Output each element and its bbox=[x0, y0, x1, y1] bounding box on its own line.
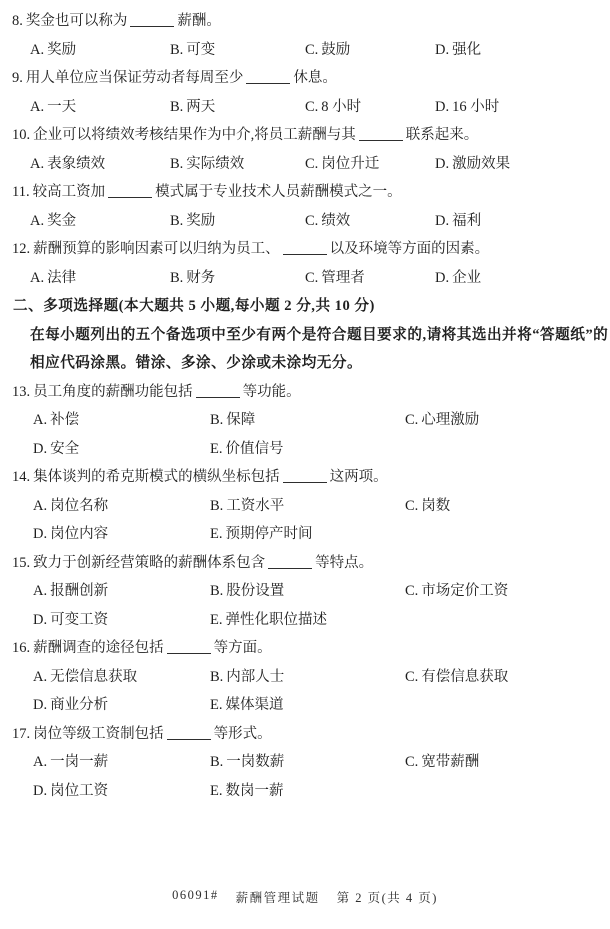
question-8-option-D: D.强化 bbox=[435, 36, 481, 65]
stem-text: 企业可以将绩效考核结果作为中介,将员工薪酬与其 bbox=[33, 127, 356, 143]
stem-text: 以及环境等方面的因素。 bbox=[330, 241, 490, 257]
option-label: A. bbox=[30, 42, 44, 58]
option-label: C. bbox=[305, 42, 318, 58]
option-text: 岗位升迁 bbox=[321, 156, 379, 172]
option-label: A. bbox=[33, 412, 47, 428]
question-9-stem: 9.用人单位应当保证劳动者每周至少休息。 bbox=[0, 64, 610, 93]
option-text: 激励效果 bbox=[452, 156, 510, 172]
question-number: 16. bbox=[12, 640, 30, 656]
stem-text: 等特点。 bbox=[315, 555, 373, 571]
question-8-option-A: A.奖励 bbox=[30, 36, 76, 65]
question-16-option-E: E.媒体渠道 bbox=[210, 691, 283, 720]
question-number: 9. bbox=[12, 70, 23, 86]
option-label: A. bbox=[33, 669, 47, 685]
page-indicator: 第 2 页(共 4 页) bbox=[337, 888, 438, 906]
question-11-option-D: D.福利 bbox=[435, 207, 481, 236]
option-label: B. bbox=[170, 99, 183, 115]
option-text: 商业分析 bbox=[50, 697, 108, 713]
question-13-options-row: A.补偿B.保障C.心理激励 bbox=[0, 406, 610, 435]
option-text: 强化 bbox=[452, 42, 481, 58]
option-text: 心理激励 bbox=[421, 412, 479, 428]
option-text: 数岗一薪 bbox=[225, 783, 283, 799]
question-8-options-row: A.奖励B.可变C.鼓励D.强化 bbox=[0, 36, 610, 65]
question-9-option-C: C.8 小时 bbox=[305, 93, 361, 122]
option-label: B. bbox=[210, 669, 223, 685]
question-10-option-B: B.实际绩效 bbox=[170, 150, 244, 179]
option-text: 内部人士 bbox=[226, 669, 284, 685]
option-label: A. bbox=[30, 270, 44, 286]
section-two-heading: 二、多项选择题(本大题共 5 小题,每小题 2 分,共 10 分) bbox=[0, 292, 610, 321]
option-text: 16 小时 bbox=[452, 99, 499, 115]
stem-text: 员工角度的薪酬功能包括 bbox=[33, 384, 193, 400]
question-9-option-D: D.16 小时 bbox=[435, 93, 499, 122]
question-8-option-B: B.可变 bbox=[170, 36, 215, 65]
exam-content: 8.奖金也可以称为薪酬。A.奖励B.可变C.鼓励D.强化9.用人单位应当保证劳动… bbox=[0, 7, 610, 805]
stem-text: 集体谈判的希克斯模式的横纵坐标包括 bbox=[33, 469, 280, 485]
question-16-stem: 16.薪酬调查的途径包括等方面。 bbox=[0, 634, 610, 663]
option-text: 工资水平 bbox=[226, 498, 284, 514]
option-text: 福利 bbox=[452, 213, 481, 229]
question-17-option-B: B.一岗数薪 bbox=[210, 748, 284, 777]
question-17-option-A: A.一岗一薪 bbox=[33, 748, 108, 777]
option-text: 财务 bbox=[186, 270, 215, 286]
option-text: 实际绩效 bbox=[186, 156, 244, 172]
question-8-option-C: C.鼓励 bbox=[305, 36, 350, 65]
question-14-options-row: A.岗位名称B.工资水平C.岗数 bbox=[0, 492, 610, 521]
question-11-option-C: C.绩效 bbox=[305, 207, 350, 236]
question-11-stem: 11.较高工资加模式属于专业技术人员薪酬模式之一。 bbox=[0, 178, 610, 207]
option-text: 报酬创新 bbox=[50, 583, 108, 599]
question-12: 12.薪酬预算的影响因素可以归纳为员工、以及环境等方面的因素。A.法律B.财务C… bbox=[0, 235, 610, 292]
question-10-options-row: A.表象绩效B.实际绩效C.岗位升迁D.激励效果 bbox=[0, 150, 610, 179]
stem-text: 休息。 bbox=[293, 70, 337, 86]
option-label: D. bbox=[435, 99, 449, 115]
option-label: A. bbox=[30, 99, 44, 115]
page-footer: 06091# 薪酬管理试题 第 2 页(共 4 页) bbox=[0, 888, 610, 906]
question-14-options-row: D.岗位内容E.预期停产时间 bbox=[0, 520, 610, 549]
option-label: C. bbox=[305, 270, 318, 286]
question-15-options-row: D.可变工资E.弹性化职位描述 bbox=[0, 606, 610, 635]
stem-text: 等方面。 bbox=[214, 640, 272, 656]
question-14-option-A: A.岗位名称 bbox=[33, 492, 108, 521]
section-two-instruction-line-1: 在每小题列出的五个备选项中至少有两个是符合题目要求的,请将其选出并将“答题纸”的 bbox=[0, 321, 610, 350]
question-15-option-E: E.弹性化职位描述 bbox=[210, 606, 327, 635]
question-13: 13.员工角度的薪酬功能包括等功能。A.补偿B.保障C.心理激励D.安全E.价值… bbox=[0, 378, 610, 464]
stem-text: 奖金也可以称为 bbox=[26, 13, 128, 29]
option-text: 岗位名称 bbox=[50, 498, 108, 514]
question-15-option-A: A.报酬创新 bbox=[33, 577, 108, 606]
stem-text: 岗位等级工资制包括 bbox=[33, 726, 164, 742]
question-12-stem: 12.薪酬预算的影响因素可以归纳为员工、以及环境等方面的因素。 bbox=[0, 235, 610, 264]
stem-text: 薪酬。 bbox=[177, 13, 221, 29]
option-text: 弹性化职位描述 bbox=[225, 612, 327, 628]
question-16: 16.薪酬调查的途径包括等方面。A.无偿信息获取B.内部人士C.有偿信息获取D.… bbox=[0, 634, 610, 720]
question-9-options-row: A.一天B.两天C.8 小时D.16 小时 bbox=[0, 93, 610, 122]
option-text: 市场定价工资 bbox=[421, 583, 508, 599]
question-9: 9.用人单位应当保证劳动者每周至少休息。A.一天B.两天C.8 小时D.16 小… bbox=[0, 64, 610, 121]
option-label: E. bbox=[210, 612, 222, 628]
question-12-option-D: D.企业 bbox=[435, 264, 481, 293]
option-text: 8 小时 bbox=[321, 99, 361, 115]
question-13-option-E: E.价值信号 bbox=[210, 435, 283, 464]
option-text: 保障 bbox=[226, 412, 255, 428]
blank-underline bbox=[130, 15, 174, 27]
option-label: E. bbox=[210, 441, 222, 457]
question-13-option-C: C.心理激励 bbox=[405, 406, 479, 435]
blank-underline bbox=[359, 129, 403, 141]
question-number: 15. bbox=[12, 555, 30, 571]
question-11-option-B: B.奖励 bbox=[170, 207, 215, 236]
question-17-option-D: D.岗位工资 bbox=[33, 777, 108, 806]
option-text: 可变 bbox=[186, 42, 215, 58]
question-17-options-row: A.一岗一薪B.一岗数薪C.宽带薪酬 bbox=[0, 748, 610, 777]
question-10-stem: 10.企业可以将绩效考核结果作为中介,将员工薪酬与其联系起来。 bbox=[0, 121, 610, 150]
question-10: 10.企业可以将绩效考核结果作为中介,将员工薪酬与其联系起来。A.表象绩效B.实… bbox=[0, 121, 610, 178]
question-16-option-B: B.内部人士 bbox=[210, 663, 284, 692]
exam-page: 8.奖金也可以称为薪酬。A.奖励B.可变C.鼓励D.强化9.用人单位应当保证劳动… bbox=[0, 0, 610, 929]
question-number: 10. bbox=[12, 127, 30, 143]
question-12-option-C: C.管理者 bbox=[305, 264, 365, 293]
option-label: D. bbox=[33, 612, 47, 628]
question-13-options-row: D.安全E.价值信号 bbox=[0, 435, 610, 464]
question-14-option-C: C.岗数 bbox=[405, 492, 450, 521]
option-label: C. bbox=[305, 156, 318, 172]
section-two-instruction-line-2: 相应代码涂黑。错涂、多涂、少涂或未涂均无分。 bbox=[0, 349, 610, 378]
option-label: C. bbox=[305, 213, 318, 229]
stem-text: 薪酬调查的途径包括 bbox=[33, 640, 164, 656]
option-text: 表象绩效 bbox=[47, 156, 105, 172]
question-15-option-B: B.股份设置 bbox=[210, 577, 284, 606]
option-text: 奖励 bbox=[186, 213, 215, 229]
option-label: E. bbox=[210, 526, 222, 542]
question-12-option-A: A.法律 bbox=[30, 264, 76, 293]
single-choice-questions-block: 8.奖金也可以称为薪酬。A.奖励B.可变C.鼓励D.强化9.用人单位应当保证劳动… bbox=[0, 7, 610, 292]
option-label: B. bbox=[170, 213, 183, 229]
option-text: 预期停产时间 bbox=[225, 526, 312, 542]
option-text: 安全 bbox=[50, 441, 79, 457]
option-text: 一岗数薪 bbox=[226, 754, 284, 770]
option-label: B. bbox=[210, 583, 223, 599]
question-14-option-B: B.工资水平 bbox=[210, 492, 284, 521]
question-16-options-row: D.商业分析E.媒体渠道 bbox=[0, 691, 610, 720]
question-15-stem: 15.致力于创新经营策略的薪酬体系包含等特点。 bbox=[0, 549, 610, 578]
option-text: 价值信号 bbox=[225, 441, 283, 457]
option-text: 一岗一薪 bbox=[50, 754, 108, 770]
stem-text: 等形式。 bbox=[214, 726, 272, 742]
option-label: C. bbox=[405, 754, 418, 770]
blank-underline bbox=[283, 471, 327, 483]
option-text: 补偿 bbox=[50, 412, 79, 428]
question-16-options-row: A.无偿信息获取B.内部人士C.有偿信息获取 bbox=[0, 663, 610, 692]
question-12-options-row: A.法律B.财务C.管理者D.企业 bbox=[0, 264, 610, 293]
option-text: 岗位内容 bbox=[50, 526, 108, 542]
option-text: 绩效 bbox=[321, 213, 350, 229]
option-text: 法律 bbox=[47, 270, 76, 286]
question-11-option-A: A.奖金 bbox=[30, 207, 76, 236]
question-13-stem: 13.员工角度的薪酬功能包括等功能。 bbox=[0, 378, 610, 407]
option-label: A. bbox=[33, 583, 47, 599]
option-label: B. bbox=[210, 754, 223, 770]
option-label: A. bbox=[33, 498, 47, 514]
option-label: B. bbox=[210, 412, 223, 428]
blank-underline bbox=[246, 72, 290, 84]
option-text: 奖金 bbox=[47, 213, 76, 229]
option-label: D. bbox=[435, 42, 449, 58]
option-label: E. bbox=[210, 697, 222, 713]
option-label: A. bbox=[30, 213, 44, 229]
question-number: 12. bbox=[12, 241, 30, 257]
option-text: 股份设置 bbox=[226, 583, 284, 599]
option-label: C. bbox=[405, 498, 418, 514]
option-label: D. bbox=[33, 697, 47, 713]
question-14: 14.集体谈判的希克斯模式的横纵坐标包括这两项。A.岗位名称B.工资水平C.岗数… bbox=[0, 463, 610, 549]
option-label: D. bbox=[435, 270, 449, 286]
question-number: 13. bbox=[12, 384, 30, 400]
stem-text: 致力于创新经营策略的薪酬体系包含 bbox=[33, 555, 265, 571]
question-17: 17.岗位等级工资制包括等形式。A.一岗一薪B.一岗数薪C.宽带薪酬D.岗位工资… bbox=[0, 720, 610, 806]
question-8: 8.奖金也可以称为薪酬。A.奖励B.可变C.鼓励D.强化 bbox=[0, 7, 610, 64]
option-text: 鼓励 bbox=[321, 42, 350, 58]
option-label: B. bbox=[170, 156, 183, 172]
option-label: C. bbox=[405, 669, 418, 685]
option-text: 无偿信息获取 bbox=[50, 669, 137, 685]
stem-text: 用人单位应当保证劳动者每周至少 bbox=[26, 70, 244, 86]
stem-text: 模式属于专业技术人员薪酬模式之一。 bbox=[155, 184, 402, 200]
option-text: 奖励 bbox=[47, 42, 76, 58]
question-17-stem: 17.岗位等级工资制包括等形式。 bbox=[0, 720, 610, 749]
option-text: 宽带薪酬 bbox=[421, 754, 479, 770]
question-10-option-C: C.岗位升迁 bbox=[305, 150, 379, 179]
question-number: 11. bbox=[12, 184, 30, 200]
option-text: 岗位工资 bbox=[50, 783, 108, 799]
question-11: 11.较高工资加模式属于专业技术人员薪酬模式之一。A.奖金B.奖励C.绩效D.福… bbox=[0, 178, 610, 235]
question-16-option-C: C.有偿信息获取 bbox=[405, 663, 508, 692]
option-label: D. bbox=[435, 213, 449, 229]
question-15-option-D: D.可变工资 bbox=[33, 606, 108, 635]
question-13-option-B: B.保障 bbox=[210, 406, 255, 435]
blank-underline bbox=[167, 728, 211, 740]
stem-text: 等功能。 bbox=[243, 384, 301, 400]
multiple-choice-questions-block: 13.员工角度的薪酬功能包括等功能。A.补偿B.保障C.心理激励D.安全E.价值… bbox=[0, 378, 610, 806]
question-15-options-row: A.报酬创新B.股份设置C.市场定价工资 bbox=[0, 577, 610, 606]
stem-text: 薪酬预算的影响因素可以归纳为员工、 bbox=[33, 241, 280, 257]
question-17-option-E: E.数岗一薪 bbox=[210, 777, 283, 806]
stem-text: 较高工资加 bbox=[33, 184, 106, 200]
option-label: A. bbox=[33, 754, 47, 770]
option-label: D. bbox=[435, 156, 449, 172]
option-label: C. bbox=[405, 583, 418, 599]
question-13-option-A: A.补偿 bbox=[33, 406, 79, 435]
exam-code: 06091# bbox=[172, 888, 219, 906]
option-label: C. bbox=[305, 99, 318, 115]
blank-underline bbox=[283, 243, 327, 255]
stem-text: 这两项。 bbox=[330, 469, 388, 485]
option-label: C. bbox=[405, 412, 418, 428]
option-label: B. bbox=[170, 270, 183, 286]
option-label: E. bbox=[210, 783, 222, 799]
option-text: 可变工资 bbox=[50, 612, 108, 628]
question-14-stem: 14.集体谈判的希克斯模式的横纵坐标包括这两项。 bbox=[0, 463, 610, 492]
option-text: 管理者 bbox=[321, 270, 365, 286]
question-14-option-D: D.岗位内容 bbox=[33, 520, 108, 549]
blank-underline bbox=[196, 386, 240, 398]
question-9-option-A: A.一天 bbox=[30, 93, 76, 122]
question-9-option-B: B.两天 bbox=[170, 93, 215, 122]
question-14-option-E: E.预期停产时间 bbox=[210, 520, 312, 549]
blank-underline bbox=[108, 186, 152, 198]
question-17-options-row: D.岗位工资E.数岗一薪 bbox=[0, 777, 610, 806]
option-text: 企业 bbox=[452, 270, 481, 286]
question-16-option-A: A.无偿信息获取 bbox=[33, 663, 137, 692]
option-label: B. bbox=[170, 42, 183, 58]
option-text: 一天 bbox=[47, 99, 76, 115]
question-17-option-C: C.宽带薪酬 bbox=[405, 748, 479, 777]
option-label: D. bbox=[33, 526, 47, 542]
question-number: 14. bbox=[12, 469, 30, 485]
option-text: 两天 bbox=[186, 99, 215, 115]
question-8-stem: 8.奖金也可以称为薪酬。 bbox=[0, 7, 610, 36]
question-16-option-D: D.商业分析 bbox=[33, 691, 108, 720]
option-text: 媒体渠道 bbox=[225, 697, 283, 713]
exam-title: 薪酬管理试题 bbox=[236, 888, 320, 906]
question-10-option-D: D.激励效果 bbox=[435, 150, 510, 179]
question-12-option-B: B.财务 bbox=[170, 264, 215, 293]
option-label: A. bbox=[30, 156, 44, 172]
question-10-option-A: A.表象绩效 bbox=[30, 150, 105, 179]
question-11-options-row: A.奖金B.奖励C.绩效D.福利 bbox=[0, 207, 610, 236]
blank-underline bbox=[167, 642, 211, 654]
stem-text: 联系起来。 bbox=[406, 127, 479, 143]
question-15-option-C: C.市场定价工资 bbox=[405, 577, 508, 606]
question-13-option-D: D.安全 bbox=[33, 435, 79, 464]
question-number: 8. bbox=[12, 13, 23, 29]
option-text: 有偿信息获取 bbox=[421, 669, 508, 685]
option-label: D. bbox=[33, 783, 47, 799]
question-15: 15.致力于创新经营策略的薪酬体系包含等特点。A.报酬创新B.股份设置C.市场定… bbox=[0, 549, 610, 635]
option-label: B. bbox=[210, 498, 223, 514]
option-text: 岗数 bbox=[421, 498, 450, 514]
option-label: D. bbox=[33, 441, 47, 457]
blank-underline bbox=[268, 557, 312, 569]
question-number: 17. bbox=[12, 726, 30, 742]
